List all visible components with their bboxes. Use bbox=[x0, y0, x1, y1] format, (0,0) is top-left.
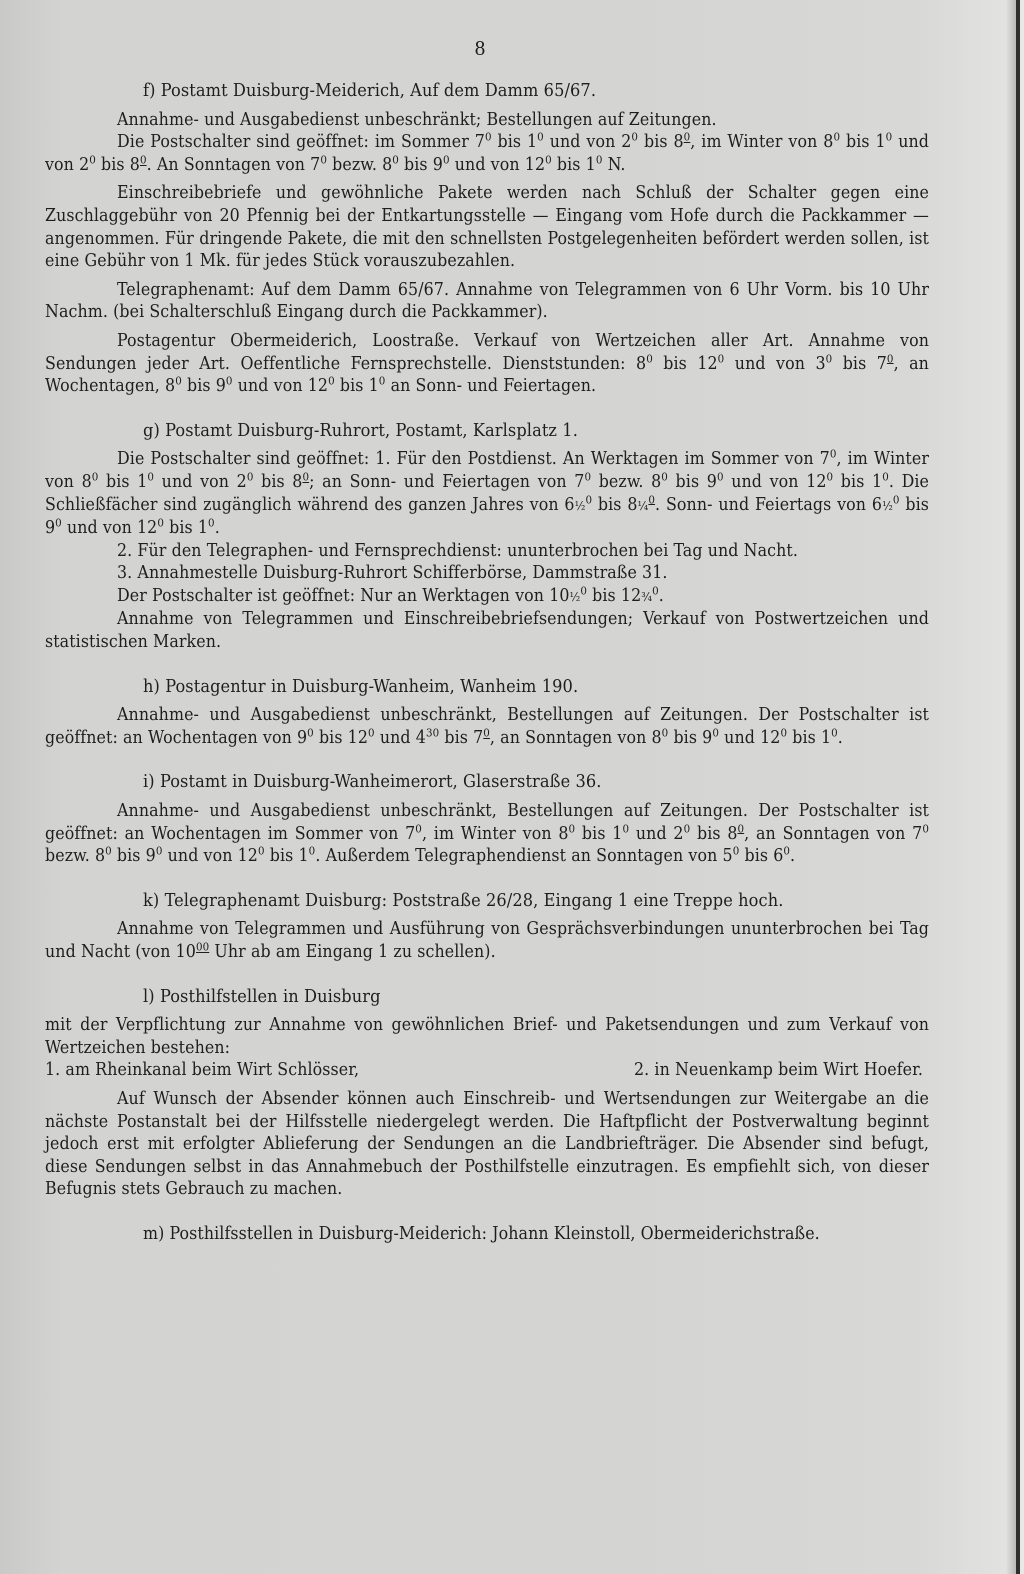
paragraph: Telegraphenamt: Auf dem Damm 65/67. Anna… bbox=[45, 279, 929, 324]
paragraph: Die Postschalter sind geöffnet: im Somme… bbox=[45, 131, 929, 176]
section-heading-i: i) Postamt in Duisburg-Wanheimerort, Gla… bbox=[45, 771, 929, 794]
list-item: 2. in Neuenkamp beim Wirt Hoefer. bbox=[634, 1059, 923, 1082]
paragraph: Auf Wunsch der Absender können auch Eins… bbox=[45, 1088, 929, 1201]
paragraph: Der Postschalter ist geöffnet: Nur an We… bbox=[45, 585, 929, 609]
section-heading-l: l) Posthilfstellen in Duisburg bbox=[45, 986, 929, 1009]
paragraph: mit der Verpflichtung zur Annahme von ge… bbox=[45, 1014, 929, 1059]
page-content: f) Postamt Duisburg-Meiderich, Auf dem D… bbox=[45, 80, 929, 1246]
page-number: 8 bbox=[0, 36, 960, 61]
section-heading-g: g) Postamt Duisburg-Ruhrort, Postamt, Ka… bbox=[45, 420, 929, 443]
paragraph: Annahme- und Ausgabedienst unbeschränkt,… bbox=[45, 800, 929, 868]
paragraph: 3. Annahmestelle Duisburg-Ruhrort Schiff… bbox=[45, 562, 929, 585]
paragraph: Annahme- und Ausgabedienst unbeschränkt;… bbox=[45, 109, 929, 132]
paragraph: Annahme von Telegrammen und Einschreibeb… bbox=[45, 608, 929, 653]
list-row: 1. am Rheinkanal beim Wirt Schlösser, 2.… bbox=[45, 1059, 929, 1082]
paragraph: Postagentur Obermeiderich, Loostraße. Ve… bbox=[45, 330, 929, 398]
paragraph: Annahme von Telegrammen und Ausführung v… bbox=[45, 918, 929, 963]
paragraph: Einschreibebriefe und gewöhnliche Pakete… bbox=[45, 182, 929, 272]
paragraph: Annahme- und Ausgabedienst unbeschränkt,… bbox=[45, 704, 929, 749]
page-edge-margin bbox=[1020, 0, 1024, 1574]
paragraph: Die Postschalter sind geöffnet: 1. Für d… bbox=[45, 448, 929, 539]
list-item: 1. am Rheinkanal beim Wirt Schlösser, bbox=[45, 1059, 359, 1082]
section-heading-h: h) Postagentur in Duisburg-Wanheim, Wanh… bbox=[45, 676, 929, 699]
section-heading-f: f) Postamt Duisburg-Meiderich, Auf dem D… bbox=[45, 80, 929, 103]
section-heading-m: m) Posthilfsstellen in Duisburg-Meideric… bbox=[45, 1223, 929, 1246]
section-heading-k: k) Telegraphenamt Duisburg: Poststraße 2… bbox=[45, 890, 929, 913]
paragraph: 2. Für den Telegraphen- und Fernsprechdi… bbox=[45, 540, 929, 563]
